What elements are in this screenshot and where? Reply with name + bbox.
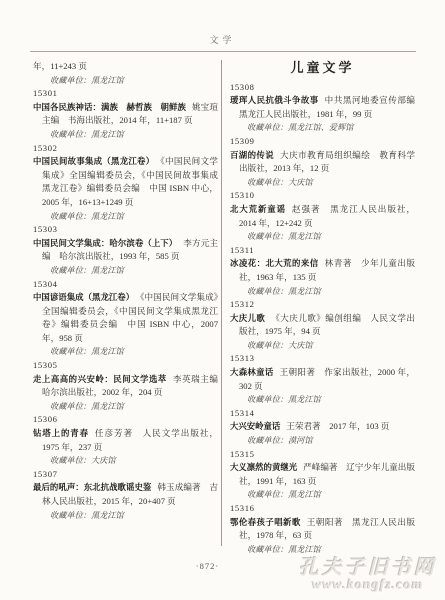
- entry-holding: 收藏单位：黑龙江馆: [230, 488, 415, 502]
- catalog-entry: 15312 大庆儿歌《大庆儿歌》编创组编 人民文学出版社，1975 年，94 页…: [230, 298, 415, 352]
- entry-body: 中国谚语集成（黑龙江卷）《中国民间文学集成》全国编辑委员会，《中国民间文学集成黑…: [33, 291, 218, 345]
- entry-title: 中国民间故事集成（黑龙江卷）: [33, 156, 154, 166]
- entry-number: 15304: [33, 278, 218, 292]
- content-columns: 年，11+243 页 收藏单位：黑龙江馆 15301 中国各民族神话：满族 赫哲…: [33, 60, 415, 556]
- catalog-entry: 15305 走上高高的兴安岭：民间文学选萃李英瑞主编 哈尔滨出版社，2002 年…: [33, 359, 218, 413]
- right-column: 儿童文学 15308 瑷珲人民抗俄斗争故事中共黑河地委宣传部编 黑龙江人民出版社…: [230, 60, 415, 556]
- entry-body: 北大荒新童谣赵强著 黑龙江人民出版社，2014 年，12+242 页: [230, 203, 415, 230]
- entry-number: 15303: [33, 223, 218, 237]
- carryover-holding: 收藏单位：黑龙江馆: [33, 74, 218, 88]
- left-column: 年，11+243 页 收藏单位：黑龙江馆 15301 中国各民族神话：满族 赫哲…: [33, 60, 218, 556]
- entry-number: 15316: [230, 502, 415, 516]
- entry-title: 大义凛然的黄继光: [230, 462, 297, 472]
- entry-body: 冰凌花：北大荒的来信林青著 少年儿童出版社，1963 年，135 页: [230, 257, 415, 284]
- running-head: 文学: [0, 33, 445, 46]
- watermark-site-url: www.kongfz.com: [299, 579, 437, 594]
- entry-holding: 收藏单位：黑龙江馆: [230, 285, 415, 299]
- entry-body: 瑷珲人民抗俄斗争故事中共黑河地委宣传部编 黑龙江人民出版社，1981 年，99 …: [230, 94, 415, 121]
- catalog-entry: 15316 鄂伦春孩子唱新歌王朝阳著 黑龙江人民出版社，1978 年，63 页 …: [230, 502, 415, 556]
- section-heading: 儿童文学: [230, 61, 415, 75]
- entry-title: 百湖的传说: [230, 150, 274, 160]
- entry-number: 15302: [33, 142, 218, 156]
- entry-body: 中国民间文学集成：哈尔滨卷（上下）李方元主编 哈尔滨出版社，1993 年，585…: [33, 237, 218, 264]
- entry-number: 15307: [33, 468, 218, 482]
- entry-info: 王荣君著 2017 年，103 页: [286, 421, 389, 431]
- catalog-entry: 15310 北大荒新童谣赵强著 黑龙江人民出版社，2014 年，12+242 页…: [230, 189, 415, 243]
- entry-number: 15315: [230, 448, 415, 462]
- entry-body: 钻塔上的青春任彦芳著 人民文学出版社，1975 年，237 页: [33, 427, 218, 454]
- entry-holding: 收藏单位：黑龙江馆: [230, 230, 415, 244]
- entry-number: 15313: [230, 352, 415, 366]
- entry-title: 最后的吼声：东北抗战歌谣史鉴: [33, 482, 151, 492]
- entry-title: 中国各民族神话：满族 赫哲族 朝鲜族: [33, 102, 186, 112]
- entry-info: 《大庆儿歌》编创组编 人民文学出版社，1975 年，94 页: [239, 313, 415, 337]
- entry-title: 冰凌花：北大荒的来信: [230, 258, 319, 268]
- watermark-site-name: 孔夫子旧书网: [299, 558, 437, 579]
- entry-body: 走上高高的兴安岭：民间文学选萃李英瑞主编 哈尔滨出版社，2002 年，204 页: [33, 373, 218, 400]
- entry-body: 大庆儿歌《大庆儿歌》编创组编 人民文学出版社，1975 年，94 页: [230, 312, 415, 339]
- entry-holding: 收藏单位：黑龙江馆: [33, 400, 218, 414]
- carryover-text: 年，11+243 页: [33, 60, 218, 74]
- header-rule: [30, 51, 416, 52]
- scanned-catalog-page: 文学 年，11+243 页 收藏单位：黑龙江馆 15301 中国各民族神话：满族…: [0, 0, 445, 600]
- entry-number: 15311: [230, 244, 415, 258]
- catalog-entry: 15302 中国民间故事集成（黑龙江卷）《中国民间文学集成》全国编辑委员会，《中…: [33, 142, 218, 224]
- entry-title: 大森林童话: [230, 367, 274, 377]
- entry-holding: 收藏单位：黑龙江馆: [230, 543, 415, 557]
- entry-body: 中国各民族神话：满族 赫哲族 朝鲜族姚宝瑄主编 书海出版社，2014 年，11+…: [33, 101, 218, 128]
- entry-body: 百湖的传说大庆市教育局组织编绘 教育科学出版社，2013 年，12 页: [230, 149, 415, 176]
- entry-title: 大兴安岭童话: [230, 421, 280, 431]
- catalog-entry: 15308 瑷珲人民抗俄斗争故事中共黑河地委宣传部编 黑龙江人民出版社，1981…: [230, 81, 415, 135]
- catalog-entry: 15315 大义凛然的黄继光严峰编著 辽宁少年儿童出版社，1991 年，163 …: [230, 448, 415, 502]
- catalog-entry: 15309 百湖的传说大庆市教育局组织编绘 教育科学出版社，2013 年，12 …: [230, 135, 415, 189]
- entry-body: 大森林童话王朝阳著 作家出版社，2000 年，302 页: [230, 366, 415, 393]
- entry-body: 最后的吼声：东北抗战歌谣史鉴韩玉成编著 吉林人民出版社，2015 年，20+40…: [33, 481, 218, 508]
- entry-title: 瑷珲人民抗俄斗争故事: [230, 95, 319, 105]
- entry-body: 大义凛然的黄继光严峰编著 辽宁少年儿童出版社，1991 年，163 页: [230, 461, 415, 488]
- entry-title: 大庆儿歌: [230, 313, 265, 323]
- entry-holding: 收藏单位：大庆馆: [33, 454, 218, 468]
- entry-title: 中国谚语集成（黑龙江卷）: [33, 292, 134, 302]
- entry-number: 15314: [230, 407, 415, 421]
- entry-title: 中国民间文学集成：哈尔滨卷（上下）: [33, 238, 177, 248]
- entry-holding: 收藏单位：大庆馆: [230, 176, 415, 190]
- entry-number: 15309: [230, 135, 415, 149]
- entry-holding: 收藏单位：黑龙江馆: [33, 345, 218, 359]
- catalog-entry: 15303 中国民间文学集成：哈尔滨卷（上下）李方元主编 哈尔滨出版社，1993…: [33, 223, 218, 277]
- entry-number: 15305: [33, 359, 218, 373]
- entry-holding: 收藏单位：黑龙江馆: [33, 264, 218, 278]
- entry-holding: 收藏单位：黑龙江馆: [230, 393, 415, 407]
- entry-holding: 收藏单位：大庆馆: [230, 339, 415, 353]
- entry-body: 中国民间故事集成（黑龙江卷）《中国民间文学集成》全国编辑委员会，《中国民间故事集…: [33, 155, 218, 209]
- entry-number: 15301: [33, 87, 218, 101]
- catalog-entry: 15306 钻塔上的青春任彦芳著 人民文学出版社，1975 年，237 页 收藏…: [33, 413, 218, 467]
- entry-number: 15308: [230, 81, 415, 95]
- catalog-entry: 15307 最后的吼声：东北抗战歌谣史鉴韩玉成编著 吉林人民出版社，2015 年…: [33, 468, 218, 522]
- entry-holding: 收藏单位：漠河馆: [230, 434, 415, 448]
- entry-title: 钻塔上的青春: [33, 428, 89, 438]
- catalog-entry: 15301 中国各民族神话：满族 赫哲族 朝鲜族姚宝瑄主编 书海出版社，2014…: [33, 87, 218, 141]
- entry-holding: 收藏单位：黑龙江馆: [33, 128, 218, 142]
- catalog-entry: 15314 大兴安岭童话王荣君著 2017 年，103 页 收藏单位：漠河馆: [230, 407, 415, 448]
- entry-title: 鄂伦春孩子唱新歌: [230, 517, 301, 527]
- entry-holding: 收藏单位：黑龙江馆: [33, 210, 218, 224]
- catalog-entry: 15313 大森林童话王朝阳著 作家出版社，2000 年，302 页 收藏单位：…: [230, 352, 415, 406]
- catalog-entry: 15311 冰凌花：北大荒的来信林青著 少年儿童出版社，1963 年，135 页…: [230, 244, 415, 298]
- entry-title: 走上高高的兴安岭：民间文学选萃: [33, 374, 167, 384]
- entry-body: 鄂伦春孩子唱新歌王朝阳著 黑龙江人民出版社，1978 年，63 页: [230, 516, 415, 543]
- entry-number: 15310: [230, 189, 415, 203]
- entry-body: 大兴安岭童话王荣君著 2017 年，103 页: [230, 420, 415, 434]
- kongfz-watermark: 孔夫子旧书网 www.kongfz.com: [299, 558, 437, 594]
- entry-holding: 收藏单位：黑龙江馆、爱辉馆: [230, 121, 415, 135]
- catalog-entry: 15304 中国谚语集成（黑龙江卷）《中国民间文学集成》全国编辑委员会，《中国民…: [33, 278, 218, 360]
- entry-number: 15312: [230, 298, 415, 312]
- entry-number: 15306: [33, 413, 218, 427]
- entry-title: 北大荒新童谣: [230, 204, 286, 214]
- entry-holding: 收藏单位：黑龙江馆: [33, 509, 218, 523]
